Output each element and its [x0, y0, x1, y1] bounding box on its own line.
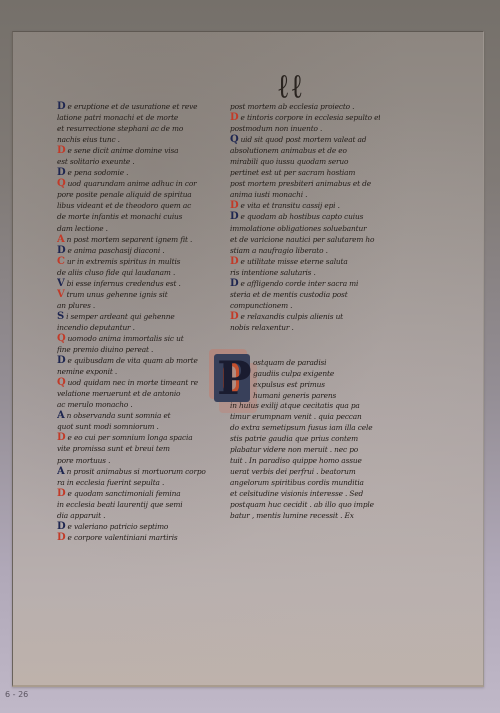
line-text: n observanda sunt somnia et	[67, 411, 171, 420]
text-line: absolutionem animabus et de eo	[230, 145, 380, 156]
text-line: Vbi esse infernus credendus est .	[57, 278, 207, 289]
line-text: et resurrectione stephani ac de mo	[57, 124, 183, 133]
text-line: ostquam de paradisi	[253, 357, 336, 368]
left-text-column: De eruptione et de usuratione et revelat…	[57, 101, 207, 543]
rubric-initial: D	[230, 112, 239, 123]
text-line: De tintoris corpore in ecclesia sepulto …	[230, 112, 380, 123]
rubric-initial: Q	[57, 377, 66, 388]
rubric-initial: Q	[230, 134, 239, 145]
line-text: n prosit animabus si mortuorum corpo	[67, 467, 206, 476]
line-text: n post mortem separent ignem fit .	[67, 235, 193, 244]
text-line: timur erumpnam venit . quia peccan	[230, 411, 374, 422]
line-text: dam lectione .	[57, 224, 108, 233]
text-line: An observanda sunt somnia et	[57, 410, 207, 421]
line-text: ra in ecclesia fuerint sepulta .	[57, 478, 164, 487]
text-line: De quodam ab hostibus capto cuius	[230, 211, 380, 222]
rubric-initial: D	[230, 211, 239, 222]
text-line: do extra semetipsum fusus iam illa cele	[230, 422, 374, 433]
rubric-initial: Q	[57, 178, 66, 189]
text-line: ris intentione salutaris .	[230, 267, 380, 278]
line-text: post mortem presbiteri animabus et de	[230, 179, 371, 188]
line-text: ris intentione salutaris .	[230, 268, 316, 277]
text-line: De relaxandis culpis alienis ut	[230, 311, 380, 322]
line-text: nobis relaxentur .	[230, 323, 294, 332]
line-text: pore posite penale aliquid de spiritua	[57, 190, 192, 199]
line-text: e valeriano patricio septimo	[68, 522, 169, 531]
line-text: post mortem ab ecclesia proiecto .	[230, 102, 354, 111]
text-line: An prosit animabus si mortuorum corpo	[57, 466, 207, 477]
text-line: pore mortuus .	[57, 455, 207, 466]
text-line: expulsus est primus	[253, 379, 336, 390]
line-text: et de varicione nautici per salutarem ho	[230, 235, 374, 244]
text-line: stis patrie gaudia que prius contem	[230, 433, 374, 444]
line-text: nachis eius tunc .	[57, 135, 120, 144]
line-text: latione patri monachi et de morte	[57, 113, 178, 122]
text-line: plabatur videre non meruit . nec po	[230, 444, 374, 455]
text-line: dam lectione .	[57, 223, 207, 234]
line-text: e corpore valentiniani martiris	[68, 533, 178, 542]
rubric-initial: S	[57, 311, 64, 322]
line-text: mirabili quo iussu quodam seruo	[230, 157, 348, 166]
text-line: De eo cui per somnium longa spacia	[57, 432, 207, 443]
text-line: Quomodo anima immortalis sic ut	[57, 333, 207, 344]
line-text: postmodum non inuento .	[230, 124, 322, 133]
line-text: velatione meruerunt et de antonio	[57, 389, 180, 398]
text-line: de morte infantis et monachi cuius	[57, 211, 207, 222]
text-line: immolatione obligationes soluebantur	[230, 223, 380, 234]
line-text: uod quarundam anime adhuc in cor	[68, 179, 197, 188]
text-line: batur , mentis lumine recessit . Ex	[230, 510, 374, 521]
line-text: fine premio diuino pereat .	[57, 345, 153, 354]
line-text: e eo cui per somnium longa spacia	[68, 433, 193, 442]
text-line: incendio deputantur .	[57, 322, 207, 333]
line-text: e pena sodomie .	[68, 168, 129, 177]
right-text-column-bottom: in huius exilij atque cecitatis qua pati…	[230, 400, 374, 522]
line-text: ur in extremis spiritus in multis	[67, 257, 181, 266]
text-line: De pena sodomie .	[57, 167, 207, 178]
text-line: steria et de mentis custodia post	[230, 289, 380, 300]
text-line: ra in ecclesia fuerint sepulta .	[57, 477, 207, 488]
text-line: De anima paschasij diaconi .	[57, 245, 207, 256]
line-text: e quibusdam de vita quam ab morte	[68, 356, 198, 365]
line-text: e affligendo corde inter sacra mi	[241, 279, 359, 288]
rubric-initial: D	[57, 167, 66, 178]
rubric-initial: A	[57, 234, 65, 245]
text-line: De affligendo corde inter sacra mi	[230, 278, 380, 289]
rubric-initial: D	[57, 521, 66, 532]
text-line: compunctionem .	[230, 300, 380, 311]
illuminated-initial-p: P	[214, 354, 250, 402]
text-line: ac merulo monacho .	[57, 399, 207, 410]
text-beside-initial: ostquam de paradisigaudiis culpa exigent…	[253, 357, 336, 401]
rubric-initial: C	[57, 256, 65, 267]
line-text: de morte infantis et monachi cuius	[57, 212, 182, 221]
text-line: pertinet est ut per sacram hostiam	[230, 167, 380, 178]
line-text: i semper ardeant qui gehenne	[66, 312, 175, 321]
rubric-initial: A	[57, 466, 65, 477]
line-text: vite promissa sunt et breui tem	[57, 444, 170, 453]
line-text: e utilitate misse eterne saluta	[241, 257, 348, 266]
text-line: velatione meruerunt et de antonio	[57, 388, 207, 399]
text-line: nemine exponit .	[57, 366, 207, 377]
rubric-initial: V	[57, 289, 65, 300]
rubric-initial: Q	[57, 333, 66, 344]
rubric-initial: V	[57, 278, 65, 289]
text-line: De vita et transitu cassij epi .	[230, 200, 380, 211]
text-line: Quod quarundam anime adhuc in cor	[57, 178, 207, 189]
text-line: est solitario exeunte .	[57, 156, 207, 167]
text-line: De quibusdam de vita quam ab morte	[57, 355, 207, 366]
text-line: de aliis cluso fide qui laudanam .	[57, 267, 207, 278]
rubric-initial: D	[57, 101, 66, 112]
initial-letter: P	[217, 356, 247, 400]
text-line: postmodum non inuento .	[230, 123, 380, 134]
text-line: fine premio diuino pereat .	[57, 344, 207, 355]
line-text: uod quidam nec in morte timeant re	[68, 378, 198, 387]
text-line: latione patri monachi et de morte	[57, 112, 207, 123]
text-line: quot sunt modi somniorum .	[57, 421, 207, 432]
line-text: quot sunt modi somniorum .	[57, 422, 159, 431]
text-line: et resurrectione stephani ac de mo	[57, 123, 207, 134]
text-line: tuit . In paradiso quippe homo assue	[230, 455, 374, 466]
text-line: angelorum spiritibus cordis munditia	[230, 477, 374, 488]
text-line: libus videant et de theodoro quem ac	[57, 200, 207, 211]
line-text: ac merulo monacho .	[57, 400, 133, 409]
text-line: uerat verbis dei perfrui . beatorum	[230, 466, 374, 477]
line-text: uid sit quod post mortem valeat ad	[241, 135, 367, 144]
line-text: nemine exponit .	[57, 367, 117, 376]
shelfmark-label: 6 - 26	[5, 690, 28, 699]
line-text: pertinet est ut per sacram hostiam	[230, 168, 355, 177]
rubric-initial: D	[57, 145, 66, 156]
line-text: immolatione obligationes soluebantur	[230, 224, 366, 233]
text-line: nobis relaxentur .	[230, 322, 380, 333]
text-line: in ecclesia beati laurentij que semi	[57, 499, 207, 510]
rubric-initial: D	[230, 311, 239, 322]
text-line: Quid sit quod post mortem valeat ad	[230, 134, 380, 145]
rubric-initial: D	[57, 532, 66, 543]
text-line: De utilitate misse eterne saluta	[230, 256, 380, 267]
line-text: e vita et transitu cassij epi .	[241, 201, 340, 210]
line-text: pore mortuus .	[57, 456, 110, 465]
line-text: e tintoris corpore in ecclesia sepulto e…	[241, 113, 380, 122]
right-text-column-top: post mortem ab ecclesia proiecto .De tin…	[230, 101, 380, 333]
text-line: pore posite penale aliquid de spiritua	[57, 189, 207, 200]
rubric-initial: D	[57, 488, 66, 499]
text-line: vite promissa sunt et breui tem	[57, 443, 207, 454]
text-line: De eruptione et de usuratione et reve	[57, 101, 207, 112]
line-text: e quodam ab hostibus capto cuius	[241, 212, 364, 221]
text-line: anima iusti monachi .	[230, 189, 380, 200]
rubric-initial: D	[57, 245, 66, 256]
line-text: uomodo anima immortalis sic ut	[68, 334, 184, 343]
text-line: Cur in extremis spiritus in multis	[57, 256, 207, 267]
text-line: in huius exilij atque cecitatis qua pa	[230, 400, 374, 411]
text-line: Vtrum unus gehenne ignis sit	[57, 289, 207, 300]
text-line: dia apparuit .	[57, 510, 207, 521]
rubric-initial: D	[57, 432, 66, 443]
line-text: steria et de mentis custodia post	[230, 290, 348, 299]
line-text: compunctionem .	[230, 301, 292, 310]
line-text: an plures .	[57, 301, 95, 310]
line-text: stiam a naufragio liberato .	[230, 246, 328, 255]
line-text: est solitario exeunte .	[57, 157, 135, 166]
line-text: absolutionem animabus et de eo	[230, 146, 347, 155]
text-line: Si semper ardeant qui gehenne	[57, 311, 207, 322]
rubric-initial: D	[57, 355, 66, 366]
line-text: e anima paschasij diaconi .	[68, 246, 165, 255]
rubric-initial: D	[230, 256, 239, 267]
line-text: bi esse infernus credendus est .	[67, 279, 181, 288]
line-text: e quodam sanctimoniali femina	[68, 489, 181, 498]
text-line: De valeriano patricio septimo	[57, 521, 207, 532]
text-line: post mortem ab ecclesia proiecto .	[230, 101, 380, 112]
text-line: an plures .	[57, 300, 207, 311]
text-line: De quodam sanctimoniali femina	[57, 488, 207, 499]
line-text: de aliis cluso fide qui laudanam .	[57, 268, 175, 277]
text-line: postquam huc cecidit . ab illo quo imple	[230, 499, 374, 510]
rubric-initial: D	[230, 278, 239, 289]
line-text: trum unus gehenne ignis sit	[67, 290, 168, 299]
rubric-initial: D	[230, 200, 239, 211]
line-text: e relaxandis culpis alienis ut	[241, 312, 343, 321]
text-line: mirabili quo iussu quodam seruo	[230, 156, 380, 167]
text-line: et celsitudine visionis interesse . Sed	[230, 488, 374, 499]
line-text: dia apparuit .	[57, 511, 105, 520]
line-text: anima iusti monachi .	[230, 190, 307, 199]
line-text: incendio deputantur .	[57, 323, 135, 332]
text-line: nachis eius tunc .	[57, 134, 207, 145]
text-line: stiam a naufragio liberato .	[230, 245, 380, 256]
text-line: Quod quidam nec in morte timeant re	[57, 377, 207, 388]
text-line: et de varicione nautici per salutarem ho	[230, 234, 380, 245]
line-text: libus videant et de theodoro quem ac	[57, 201, 191, 210]
line-text: e sene dicit anime domine visa	[68, 146, 179, 155]
line-text: e eruptione et de usuratione et reve	[68, 102, 198, 111]
text-line: post mortem presbiteri animabus et de	[230, 178, 380, 189]
rubric-initial: A	[57, 410, 65, 421]
text-line: gaudiis culpa exigente	[253, 368, 336, 379]
text-line: De sene dicit anime domine visa	[57, 145, 207, 156]
text-line: An post mortem separent ignem fit .	[57, 234, 207, 245]
line-text: in ecclesia beati laurentij que semi	[57, 500, 183, 509]
text-line: De corpore valentiniani martiris	[57, 532, 207, 543]
